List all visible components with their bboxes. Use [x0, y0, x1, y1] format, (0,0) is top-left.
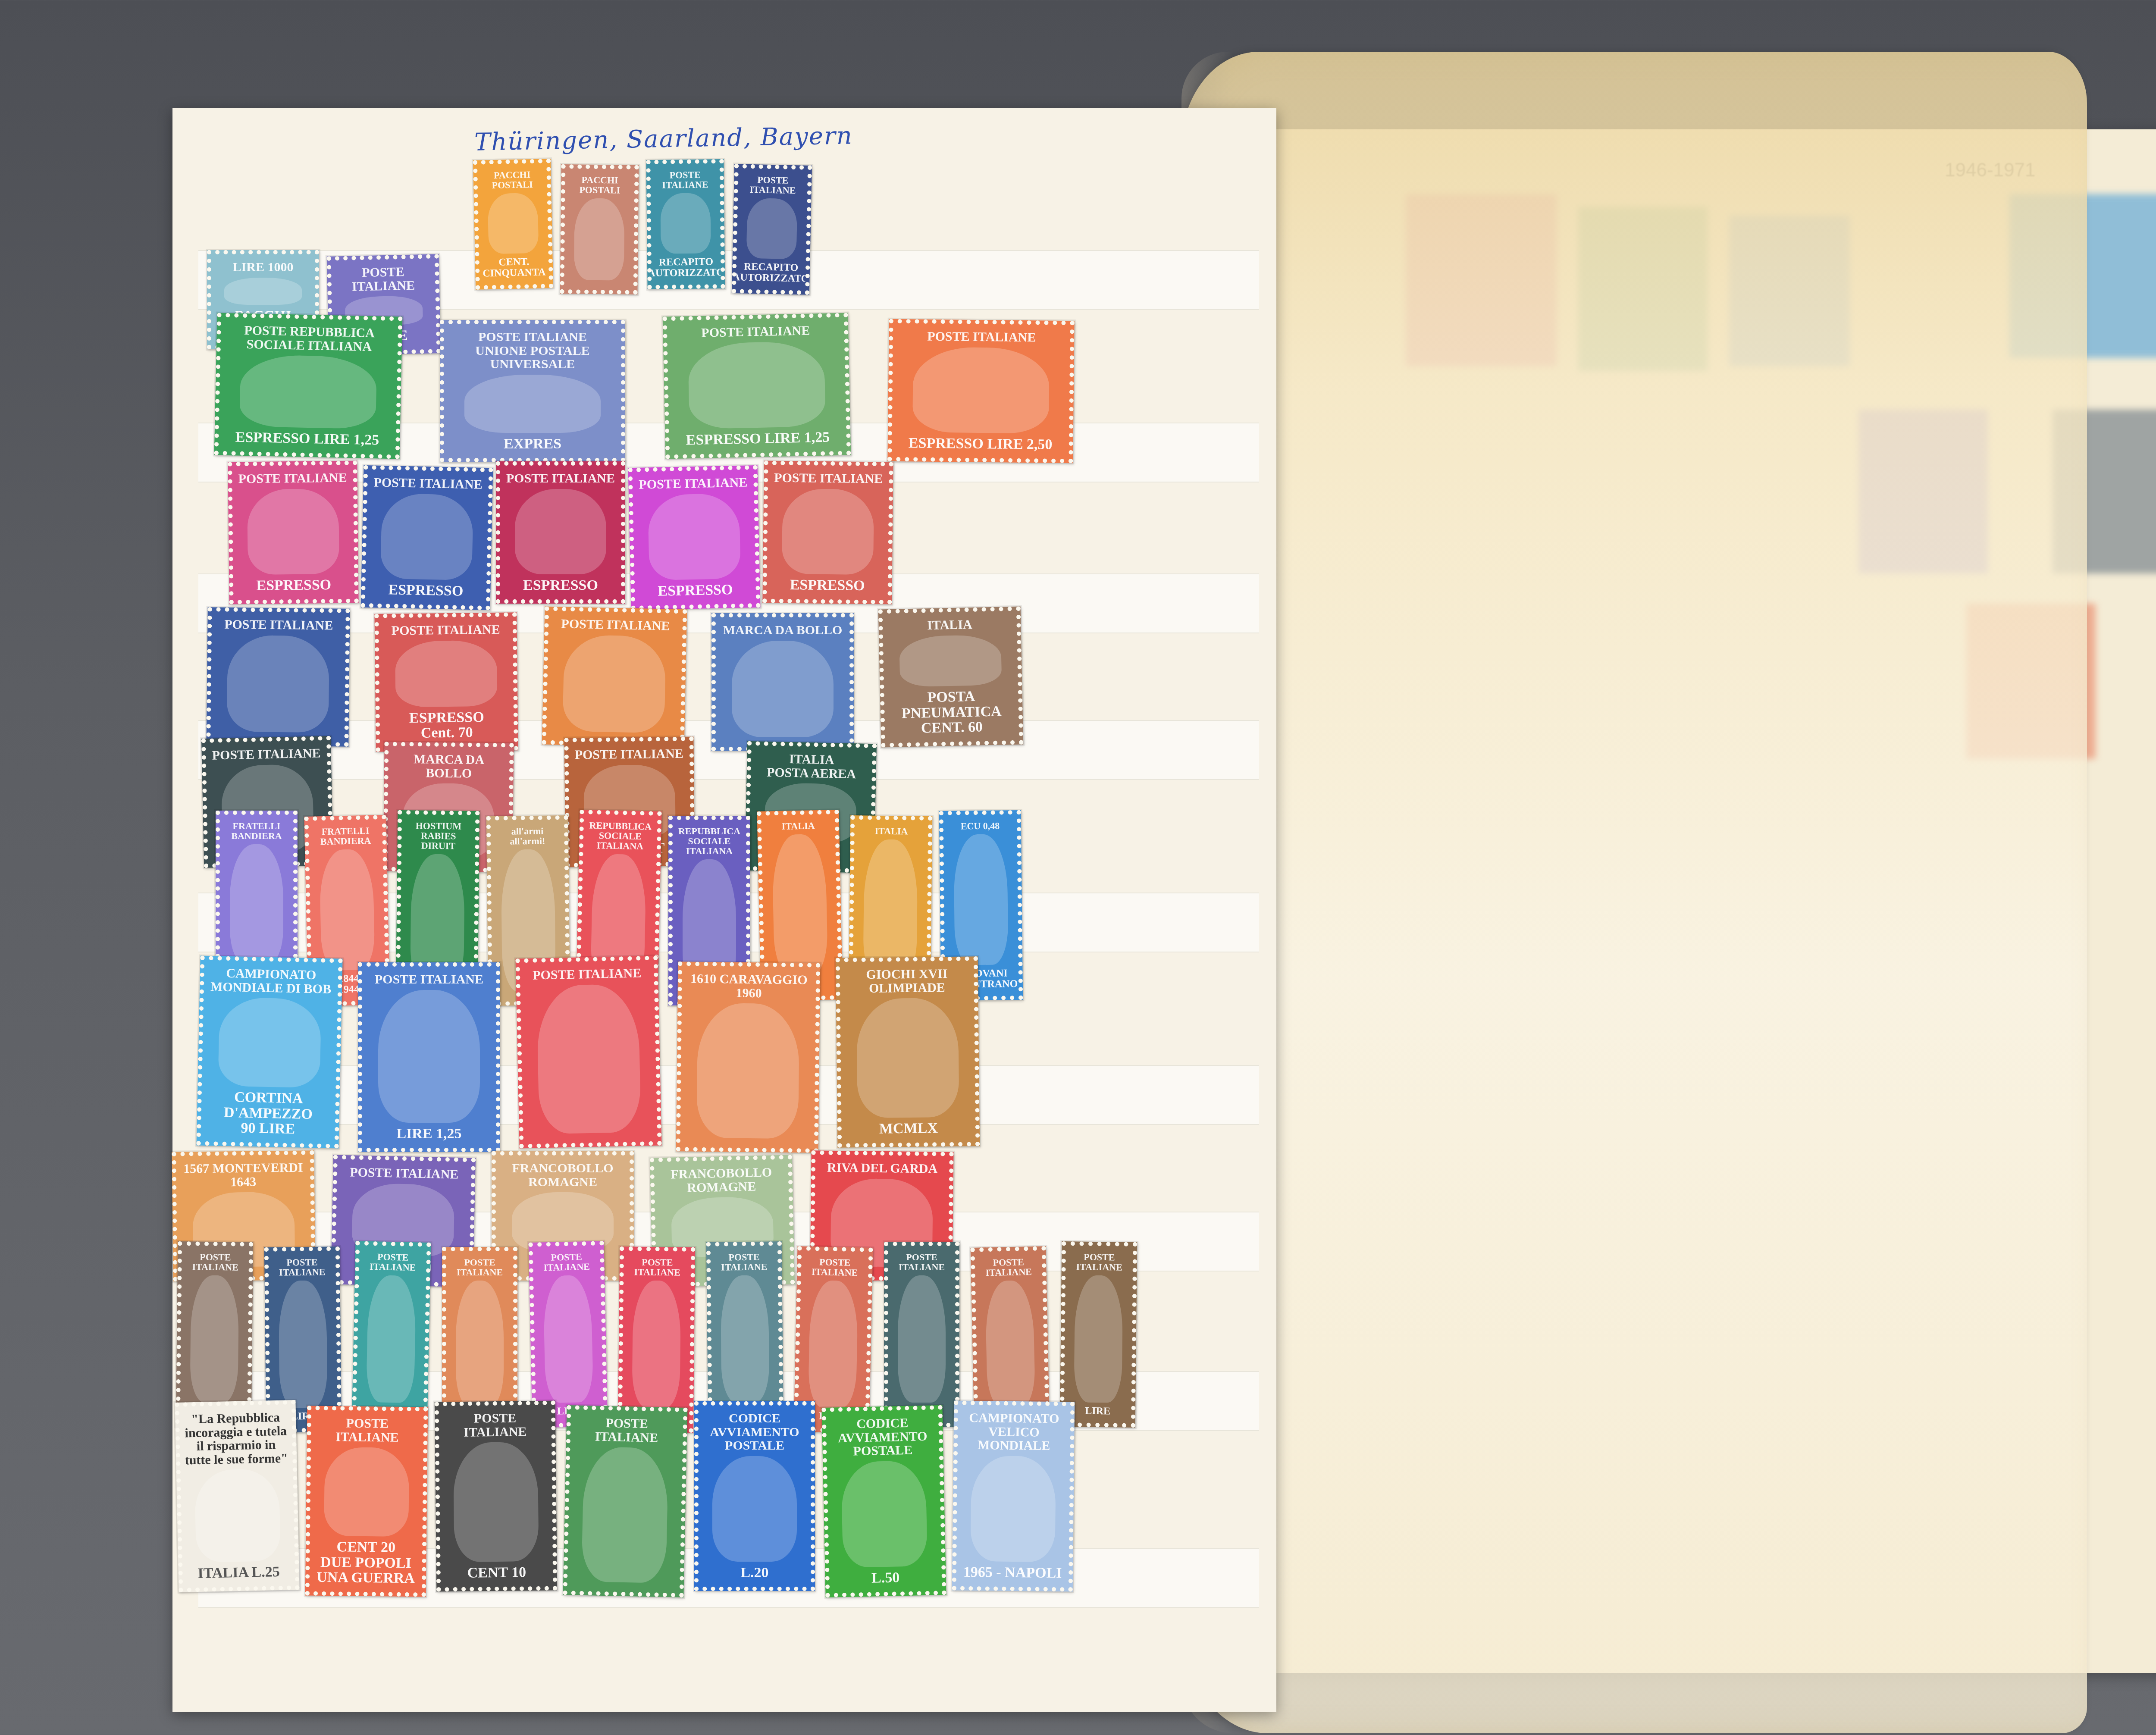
stamp[interactable]: POSTE ITALIANE — [206, 607, 350, 746]
stamp-vignette — [971, 1455, 1056, 1562]
stamp-top-text: POSTE ITALIANE — [450, 1257, 510, 1277]
stamp[interactable]: POSTE ITALIANECENT 20 DUE POPOLI UNA GUE… — [305, 1406, 428, 1597]
stamp-top-text: POSTE ITALIANE — [375, 973, 483, 987]
stamp-top-text: ITALIA — [782, 821, 815, 831]
stamp-vignette — [319, 849, 375, 971]
stamp-top-text: POSTE ITALIANE — [373, 476, 483, 492]
stamp[interactable]: POSTE ITALIANECENT 10 — [435, 1401, 558, 1592]
stamp-value-text: CENT. CINQUANTA — [482, 256, 545, 279]
stamp-value-text: ESPRESSO — [523, 578, 598, 593]
stamp-top-text: POSTE REPUBBLICA SOCIALE ITALIANA — [224, 323, 395, 354]
stamp-vignette — [278, 1281, 327, 1408]
stamp-top-text: POSTE ITALIANE — [212, 746, 321, 762]
stamp-value-text: ESPRESSO — [790, 577, 865, 594]
stamp-top-text: 1610 CARAVAGGIO 1960 — [685, 972, 812, 1000]
stamp[interactable]: POSTE ITALIANEESPRESSO Cent. 70 — [374, 612, 518, 752]
stamp[interactable]: POSTE ITALIANERECAPITO AUTORIZZATO — [732, 164, 812, 295]
stamp[interactable]: POSTE ITALIANEESPRESSO — [228, 460, 358, 604]
stamp-vignette — [954, 834, 1008, 965]
stamp-vignette — [395, 640, 497, 707]
stamp-value-text: ITALIA L.25 — [197, 1564, 280, 1582]
stamp-top-text: POSTE ITALIANE — [574, 1416, 680, 1445]
stamp-top-text: POSTE ITALIANE — [654, 169, 716, 190]
photo-scene: 1946-1971 1858-1958 Thüringen, Saarland,… — [0, 0, 2156, 1735]
stamp[interactable]: POSTE ITALIANEESPRESSO — [628, 465, 761, 610]
stamp-value-text: ESPRESSO — [388, 582, 464, 599]
stamp-vignette — [581, 1447, 668, 1583]
stamp-vignette — [782, 488, 874, 575]
stamp-vignette — [1074, 1275, 1123, 1403]
stamp-value-text: LIRE — [1085, 1406, 1110, 1417]
stamp-vignette — [746, 198, 797, 259]
stamp-top-text: POSTE ITALIANE — [536, 1252, 597, 1273]
stamp-value-text: L.20 — [740, 1565, 768, 1581]
stamp[interactable]: ITALIAPOSTA PNEUMATICA CENT. 60 — [878, 607, 1024, 748]
stamp-vignette — [194, 1469, 281, 1563]
stamp[interactable]: POSTE ITALIANEIL TIMONE — [706, 1241, 783, 1428]
handwritten-heading: Thüringen, Saarland, Bayern — [474, 122, 853, 156]
stamp-top-text: POSTE ITALIANE — [533, 966, 642, 982]
stamp[interactable]: POSTE ITALIANERECAPITO AUTORIZZATO — [646, 159, 725, 289]
stamp[interactable]: POSTE REPUBBLICA SOCIALE ITALIANAESPRESS… — [214, 313, 403, 459]
stamp[interactable]: POSTE ITALIANELIRE 1,25 — [358, 962, 500, 1152]
stamp-top-text: RIVA DEL GARDA — [827, 1161, 937, 1176]
stamp[interactable]: POSTE ITALIANELIRE — [352, 1241, 431, 1428]
stamp-vignette — [712, 1456, 796, 1562]
stamp-top-text: POSTE ITALIANE — [639, 476, 748, 492]
stamp-vignette — [688, 341, 825, 429]
stamp-top-text: POSTE ITALIANE — [805, 1257, 865, 1278]
stamp-value-text: CORTINA D'AMPEZZO 90 LIRE — [204, 1089, 332, 1138]
stamp-top-text: FRATELLI BANDIERA — [223, 821, 290, 841]
stamp-value-text: RECAPITO AUTORIZZATO — [648, 257, 724, 279]
stamp-value-text: CENT 20 DUE POPOLI UNA GUERRA — [313, 1539, 419, 1587]
stamp[interactable]: POSTE ITALIANE — [563, 1405, 687, 1597]
stamp-vignette — [247, 488, 339, 575]
stamp-vignette — [380, 493, 473, 580]
stamp-vignette — [536, 983, 641, 1134]
stamp-vignette — [456, 1281, 504, 1408]
stamp-top-text: FRATELLI BANDIERA — [312, 825, 379, 846]
stamp-vignette — [696, 1003, 799, 1139]
stamp-top-text: POSTE ITALIANE — [774, 471, 883, 486]
stamp[interactable]: "La Repubblica incoraggia e tutela il ri… — [175, 1400, 299, 1592]
stamp-vignette — [218, 997, 321, 1088]
stamp-vignette — [378, 990, 479, 1123]
stamp-top-text: POSTE ITALIANE — [701, 324, 810, 340]
stamp-top-text: POSTE ITALIANE — [927, 330, 1036, 344]
stamp-top-text: LIRE 1000 — [233, 260, 294, 274]
stamp-top-text: POSTE ITALIANE — [714, 1252, 774, 1272]
stamp-value-text: EXPRES — [504, 436, 561, 452]
stamp-vignette — [224, 278, 301, 305]
stamp-value-text: 1965 - NAPOLI — [963, 1565, 1062, 1581]
stamp-top-text: POSTE ITALIANE — [363, 1252, 423, 1273]
stamp-vignette — [808, 1280, 859, 1408]
stamp[interactable]: POSTE ITALIANEESPRESSO — [361, 465, 493, 610]
stamp-top-text: MARCA DA BOLLO — [723, 623, 843, 637]
stamp-top-text: POSTE ITALIANE — [561, 617, 670, 633]
stamp-top-text: REPUBBLICA SOCIALE ITALIANA — [676, 826, 743, 856]
stamp-vignette — [563, 634, 666, 733]
stamp-top-text: ECU 0,48 — [961, 821, 1000, 831]
stamp-top-text: POSTE ITALIANE — [314, 1416, 420, 1445]
stamp-vignette — [453, 1442, 539, 1562]
stamp-top-text: CAMPIONATO VELICO MONDIALE — [961, 1411, 1067, 1453]
stamp[interactable]: CAMPIONATO VELICO MONDIALE1965 - NAPOLI — [952, 1401, 1075, 1592]
stamp-top-text: POSTE ITALIANE — [575, 747, 683, 762]
stamp[interactable]: POSTE ITALIANE — [515, 956, 661, 1149]
stamp[interactable]: GIOCHI XVII OLIMPIADEMCMLX — [836, 956, 980, 1147]
stamp[interactable]: POSTE ITALIANEESPRESSO — [762, 460, 893, 604]
stamp-value-text: ESPRESSO — [658, 582, 733, 599]
stamp-vignette — [230, 844, 283, 965]
stamp-top-text: POSTE ITALIANE — [1069, 1252, 1129, 1272]
stamp-vignette — [841, 1460, 927, 1568]
stamp-top-text: POSTE ITALIANE — [335, 265, 432, 294]
stamp-value-text: ESPRESSO Cent. 70 — [409, 710, 485, 741]
stamp-top-text: POSTE ITALIANE — [185, 1252, 245, 1272]
stamp-value-text: ESPRESSO LIRE 1,25 — [235, 430, 379, 448]
stamp-vignette — [720, 1275, 769, 1403]
stamp-top-text: POSTE ITALIANE — [742, 175, 804, 196]
stamp-top-text: "La Repubblica incoraggia e tutela il ri… — [183, 1410, 289, 1467]
stamp-value-text: L.50 — [871, 1570, 900, 1586]
stamp[interactable]: PACCHI POSTALI — [560, 164, 639, 294]
stamp[interactable]: POSTE ITALIANE — [542, 607, 687, 748]
stamp[interactable]: POSTE ITALIANELIRE — [176, 1241, 253, 1428]
stamp-vignette — [661, 193, 711, 254]
stamp-top-text: CAMPIONATO MONDIALE DI BOB — [207, 966, 335, 996]
stamp-top-text: CODICE AVVIAMENTO POSTALE — [702, 1412, 807, 1453]
stamp-top-text: POSTE ITALIANE — [272, 1257, 332, 1278]
stamp-top-text: POSTE ITALIANE — [627, 1257, 687, 1278]
stamp-top-text: FRANCOBOLLO ROMAGNE — [658, 1165, 785, 1195]
stamp[interactable]: 1610 CARAVAGGIO 1960 — [676, 961, 821, 1152]
stamp-top-text: ITALIA — [875, 826, 908, 836]
stamp-vignette — [985, 1280, 1035, 1408]
stamp[interactable]: CODICE AVVIAMENTO POSTALEL.50 — [821, 1405, 946, 1597]
stamp-top-text: POSTE ITALIANE — [892, 1252, 952, 1272]
stamp-value-text: CENT 10 — [467, 1565, 526, 1581]
stamp-top-text: POSTE ITALIANE — [238, 471, 347, 486]
stamp-vignette — [732, 641, 833, 738]
stamp-top-text: POSTE ITALIANE — [224, 618, 333, 633]
stamp-vignette — [227, 635, 329, 733]
stamp-vignette — [772, 834, 828, 976]
stamp-top-text: POSTE ITALIANE — [350, 1165, 459, 1181]
stamp-top-text: CODICE AVVIAMENTO POSTALE — [830, 1416, 936, 1459]
stamp-vignette — [324, 1447, 409, 1537]
stamp-value-text: ESPRESSO LIRE 1,25 — [686, 430, 830, 448]
stamp-top-text: MARCA DA BOLLO — [392, 752, 506, 781]
stamp-value-text: POSTA PNEUMATICA CENT. 60 — [888, 688, 1015, 737]
stamp-vignette — [632, 1281, 681, 1408]
stamp[interactable]: POSTE ITALIANEESPRESSO LIRE 2,50 — [887, 319, 1074, 463]
stamp-vignette — [898, 1275, 946, 1403]
glassine-interleaf[interactable] — [1181, 52, 2087, 1733]
stamp-top-text: POSTE ITALIANE — [978, 1257, 1039, 1278]
stamp-top-text: HOSTIUM RABIES DIRUIT — [405, 821, 472, 851]
stamp[interactable]: POSTE ITALIANELIRE — [884, 1242, 959, 1427]
stamp-value-text: ESPRESSO — [256, 577, 331, 594]
stamp-top-text: 1567 MONTEVERDI 1643 — [180, 1161, 307, 1189]
stamp-value-text: RECAPITO AUTORIZZATO — [733, 261, 809, 285]
stamp-top-text: POSTE ITALIANE — [442, 1411, 548, 1440]
stamp[interactable]: MARCA DA BOLLO — [711, 613, 854, 751]
stamp[interactable]: CAMPIONATO MONDIALE DI BOBCORTINA D'AMPE… — [196, 956, 342, 1149]
stamp-top-text: POSTE ITALIANE UNIONE POSTALE UNIVERSALE — [448, 330, 617, 371]
stamp-vignette — [366, 1275, 417, 1403]
stamp[interactable]: POSTE ITALIANEESPRESSO LIRE 1,25 — [663, 313, 851, 459]
stamp-top-text: ITALIA — [927, 618, 972, 633]
stamp-vignette — [464, 375, 600, 433]
stamp[interactable]: POSTE ITALIANELIRE — [529, 1241, 608, 1428]
stamp-vignette — [912, 347, 1049, 434]
stamp-vignette — [543, 1275, 593, 1403]
stamp-top-text: GIOCHI XVII OLIMPIADE — [843, 967, 971, 995]
stamp-vignette — [515, 489, 606, 575]
stamp[interactable]: POSTE ITALIANELIRE — [1060, 1241, 1137, 1428]
stamp-vignette — [648, 493, 740, 580]
stamp-top-text: FRANCOBOLLO ROMAGNE — [499, 1162, 626, 1189]
stamp-vignette — [856, 998, 959, 1118]
stamp-top-text: POSTE ITALIANE — [392, 623, 500, 638]
stamp-vignette — [899, 634, 1002, 687]
stamp-top-text: all'armi all'armi! — [494, 826, 561, 846]
left-page: Thüringen, Saarland, Bayern PACCHI POSTA… — [172, 108, 1276, 1712]
stamp-top-text: PACCHI POSTALI — [492, 169, 533, 190]
stamp-vignette — [488, 193, 539, 254]
stamp-vignette — [574, 198, 624, 281]
stamp-top-text: ITALIA POSTA AEREA — [767, 752, 856, 781]
stamp[interactable]: PACCHI POSTALICENT. CINQUANTA — [473, 159, 553, 290]
stamp[interactable]: POSTE ITALIANEESPRESSO — [496, 461, 625, 604]
stamp[interactable]: POSTE ITALIANE UNIONE POSTALE UNIVERSALE… — [440, 320, 625, 462]
stamp-value-text: MCMLX — [879, 1121, 938, 1137]
stamp[interactable]: CODICE AVVIAMENTO POSTALEL.20 — [694, 1401, 815, 1591]
stamp-top-text: REPUBBLICA SOCIALE ITALIANA — [587, 820, 654, 851]
stamp[interactable]: POSTE ITALIANELIRE — [618, 1246, 695, 1433]
stamp-top-text: PACCHI POSTALI — [569, 175, 631, 195]
stamp-vignette — [190, 1275, 239, 1403]
stamp-value-text: LIRE 1,25 — [396, 1126, 461, 1142]
stamp-vignette — [239, 354, 377, 429]
stamp-top-text: POSTE ITALIANE — [506, 472, 615, 485]
stamp-value-text: ESPRESSO LIRE 2,50 — [909, 436, 1053, 453]
